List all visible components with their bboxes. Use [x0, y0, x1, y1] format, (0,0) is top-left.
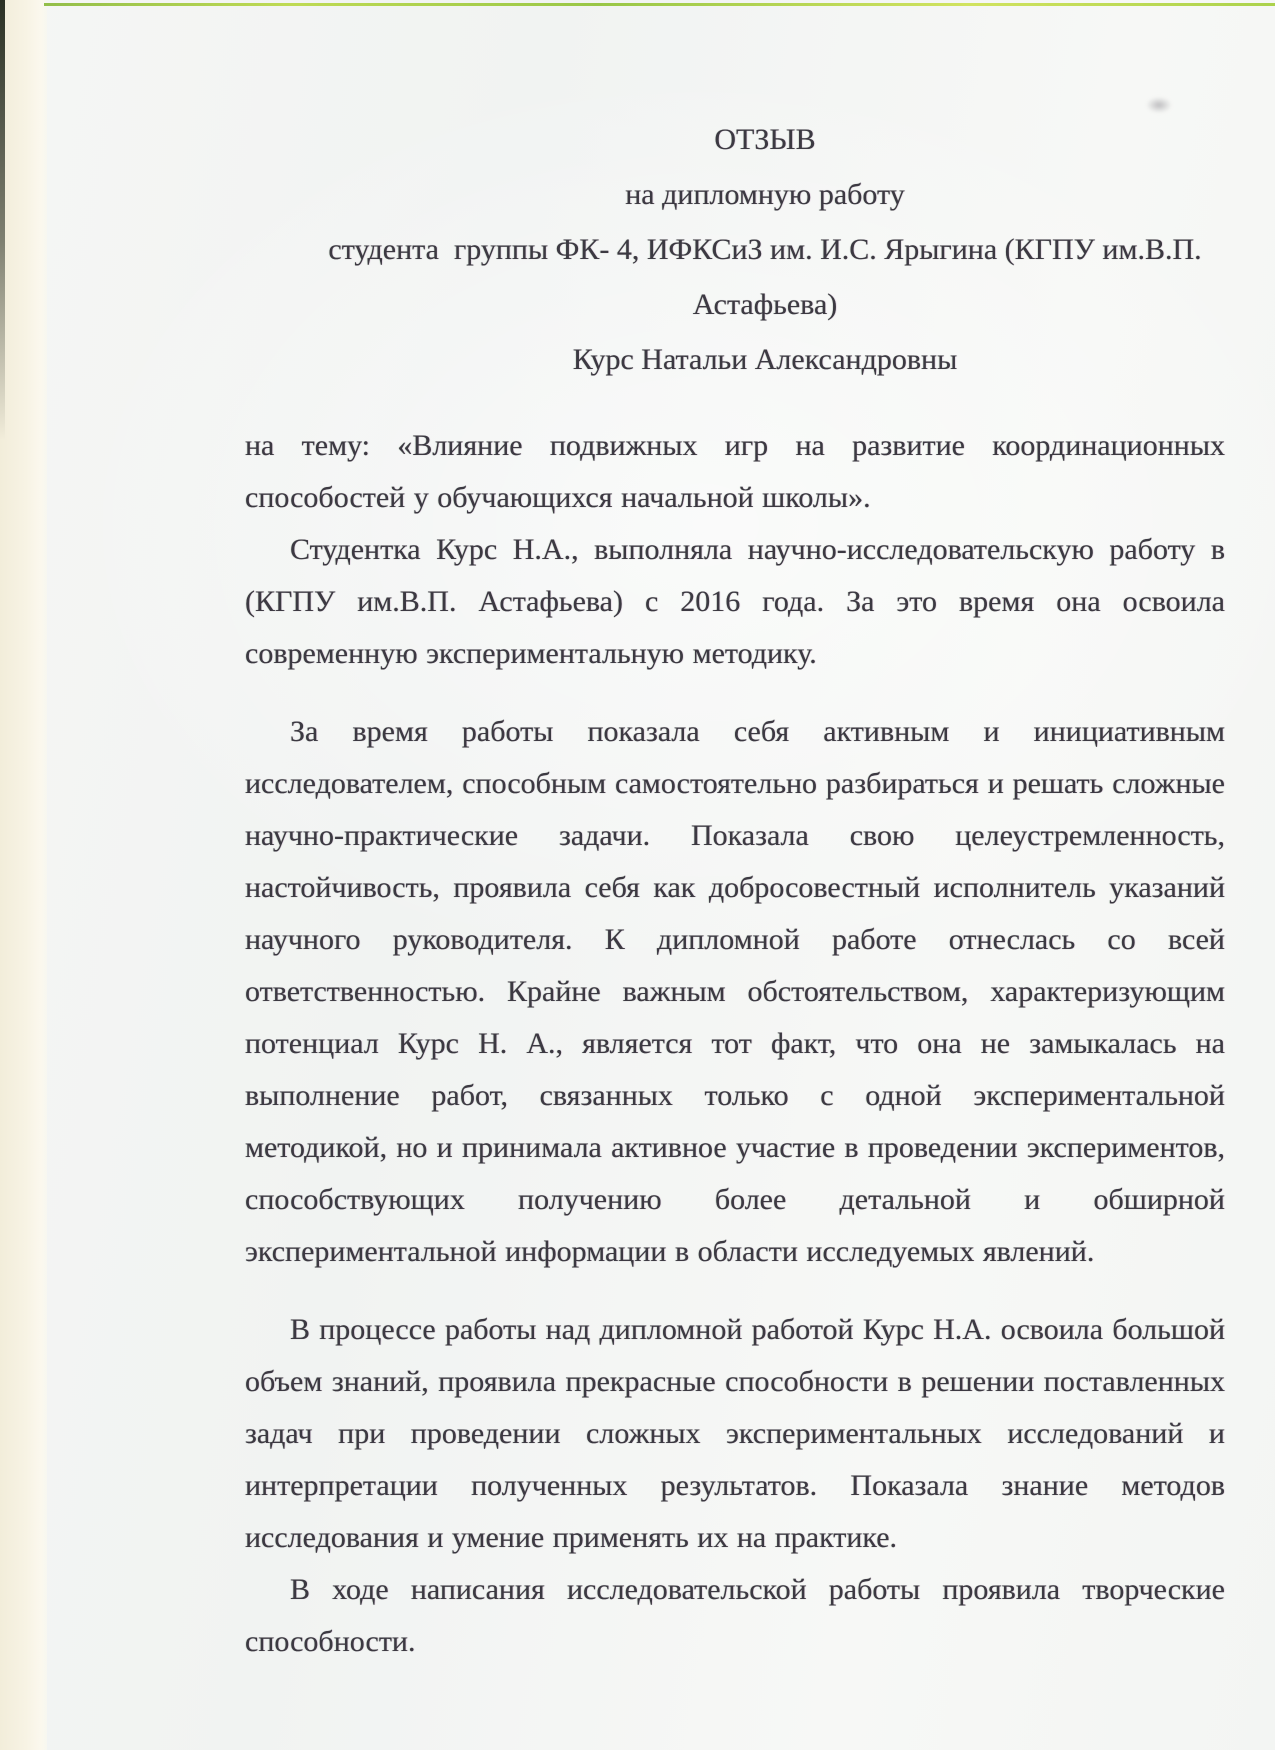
scanned-page: ОТЗЫВ на дипломную работу студента групп… — [0, 0, 1275, 1750]
document-header: ОТЗЫВ на дипломную работу студента групп… — [275, 112, 1255, 387]
paragraph-knowledge-skills: В процессе работы над дипломной работой … — [245, 1304, 1225, 1564]
scanner-edge-shadow — [0, 0, 5, 440]
scanner-edge-strip — [0, 0, 47, 1750]
paragraph-creative-abilities: В ходе написания исследовательской работ… — [245, 1564, 1225, 1668]
paragraph-topic: на тему: «Влияние подвижных игр на разви… — [245, 420, 1225, 524]
document-title: ОТЗЫВ — [275, 112, 1255, 167]
paragraph-student-info: Студентка Курс Н.А., выполняла научно-ис… — [245, 524, 1225, 680]
paragraph-work-qualities: За время работы показала себя активным и… — [245, 706, 1225, 1278]
scan-smudge — [1146, 97, 1172, 113]
header-line-university: Астафьева) — [275, 277, 1255, 332]
scanner-top-edge-line — [44, 3, 1275, 6]
document-content: ОТЗЫВ на дипломную работу студента групп… — [245, 112, 1225, 1668]
header-line-subtitle: на дипломную работу — [275, 167, 1255, 222]
header-line-student-group: студента группы ФК- 4, ИФКСиЗ им. И.С. Я… — [275, 222, 1255, 277]
header-line-student-name: Курс Натальи Александровны — [275, 332, 1255, 387]
